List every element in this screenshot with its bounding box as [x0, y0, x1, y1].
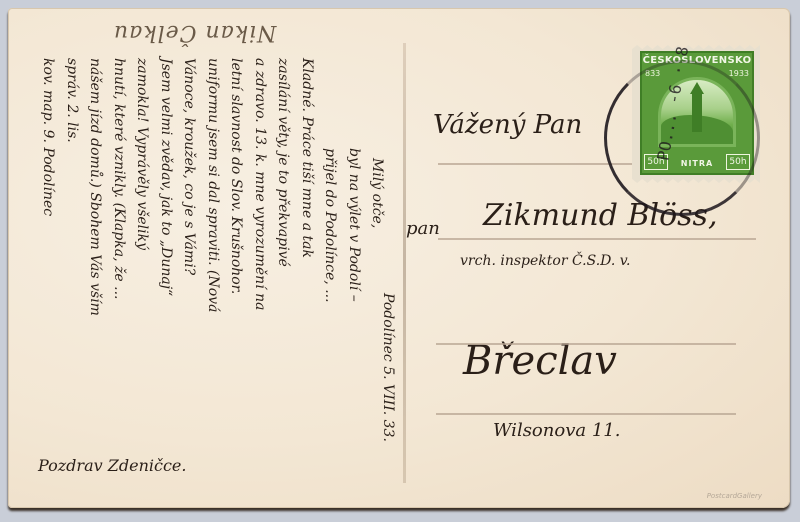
address-line-4: [436, 413, 736, 415]
message-line: kov. map. 9. Podolínec: [40, 58, 56, 216]
message-line: byl na výlet v Podolí –: [346, 148, 362, 302]
message-line: přijel do Podolínce, ...: [322, 148, 338, 303]
message-line: Milý otče,: [369, 158, 385, 228]
message-line: Kladné. Práce tiší mne a tak: [299, 58, 315, 258]
message-line: správ. 2. lis.: [64, 58, 80, 143]
message-line: Jsem velmi zvědav, jak to „Dunaj“: [158, 58, 174, 296]
center-divider: [403, 43, 406, 483]
message-line: letní slavnost do Slov. Krušnohor.: [228, 58, 244, 294]
message-line: nášem jízd domů.) Sbohem Vás vším: [87, 58, 103, 316]
place-date: Podolínec 5. VIII. 33.: [380, 293, 396, 442]
postcard-back: Nikan Čelkau Milý otče,byl na výlet v Po…: [8, 8, 790, 508]
address-title: vrch. inspektor Č.S.D. v.: [460, 253, 631, 269]
message-line: zamokla! Vyprávěly všeliký: [134, 58, 150, 250]
address-salutation: Vážený Pan: [433, 110, 582, 140]
address-street: Wilsonova 11.: [493, 420, 620, 441]
stamp-year-right: 1933: [729, 69, 749, 78]
address-line-3: [436, 343, 736, 345]
address-name-prefix: pan: [406, 218, 440, 239]
message-line: hnutí, které vznikly. (Klapka, že ...: [111, 58, 127, 299]
address-line-2: [438, 238, 756, 240]
message-line: uniformu jsem si dal spraviti. (Nová: [205, 58, 221, 312]
message-line: zasílání věty, je to překvapivé: [275, 58, 291, 267]
message-line: a zdravo. 13. k. mne vyrozumění na: [252, 58, 268, 311]
message-line: Vánoce, kroužek, co je s Vámi?: [181, 58, 197, 275]
closing-greeting: Pozdrav Zdeničce.: [38, 456, 186, 475]
message-area: Milý otče,byl na výlet v Podolí –přijel …: [30, 18, 390, 488]
watermark: PostcardGallery: [707, 492, 762, 500]
